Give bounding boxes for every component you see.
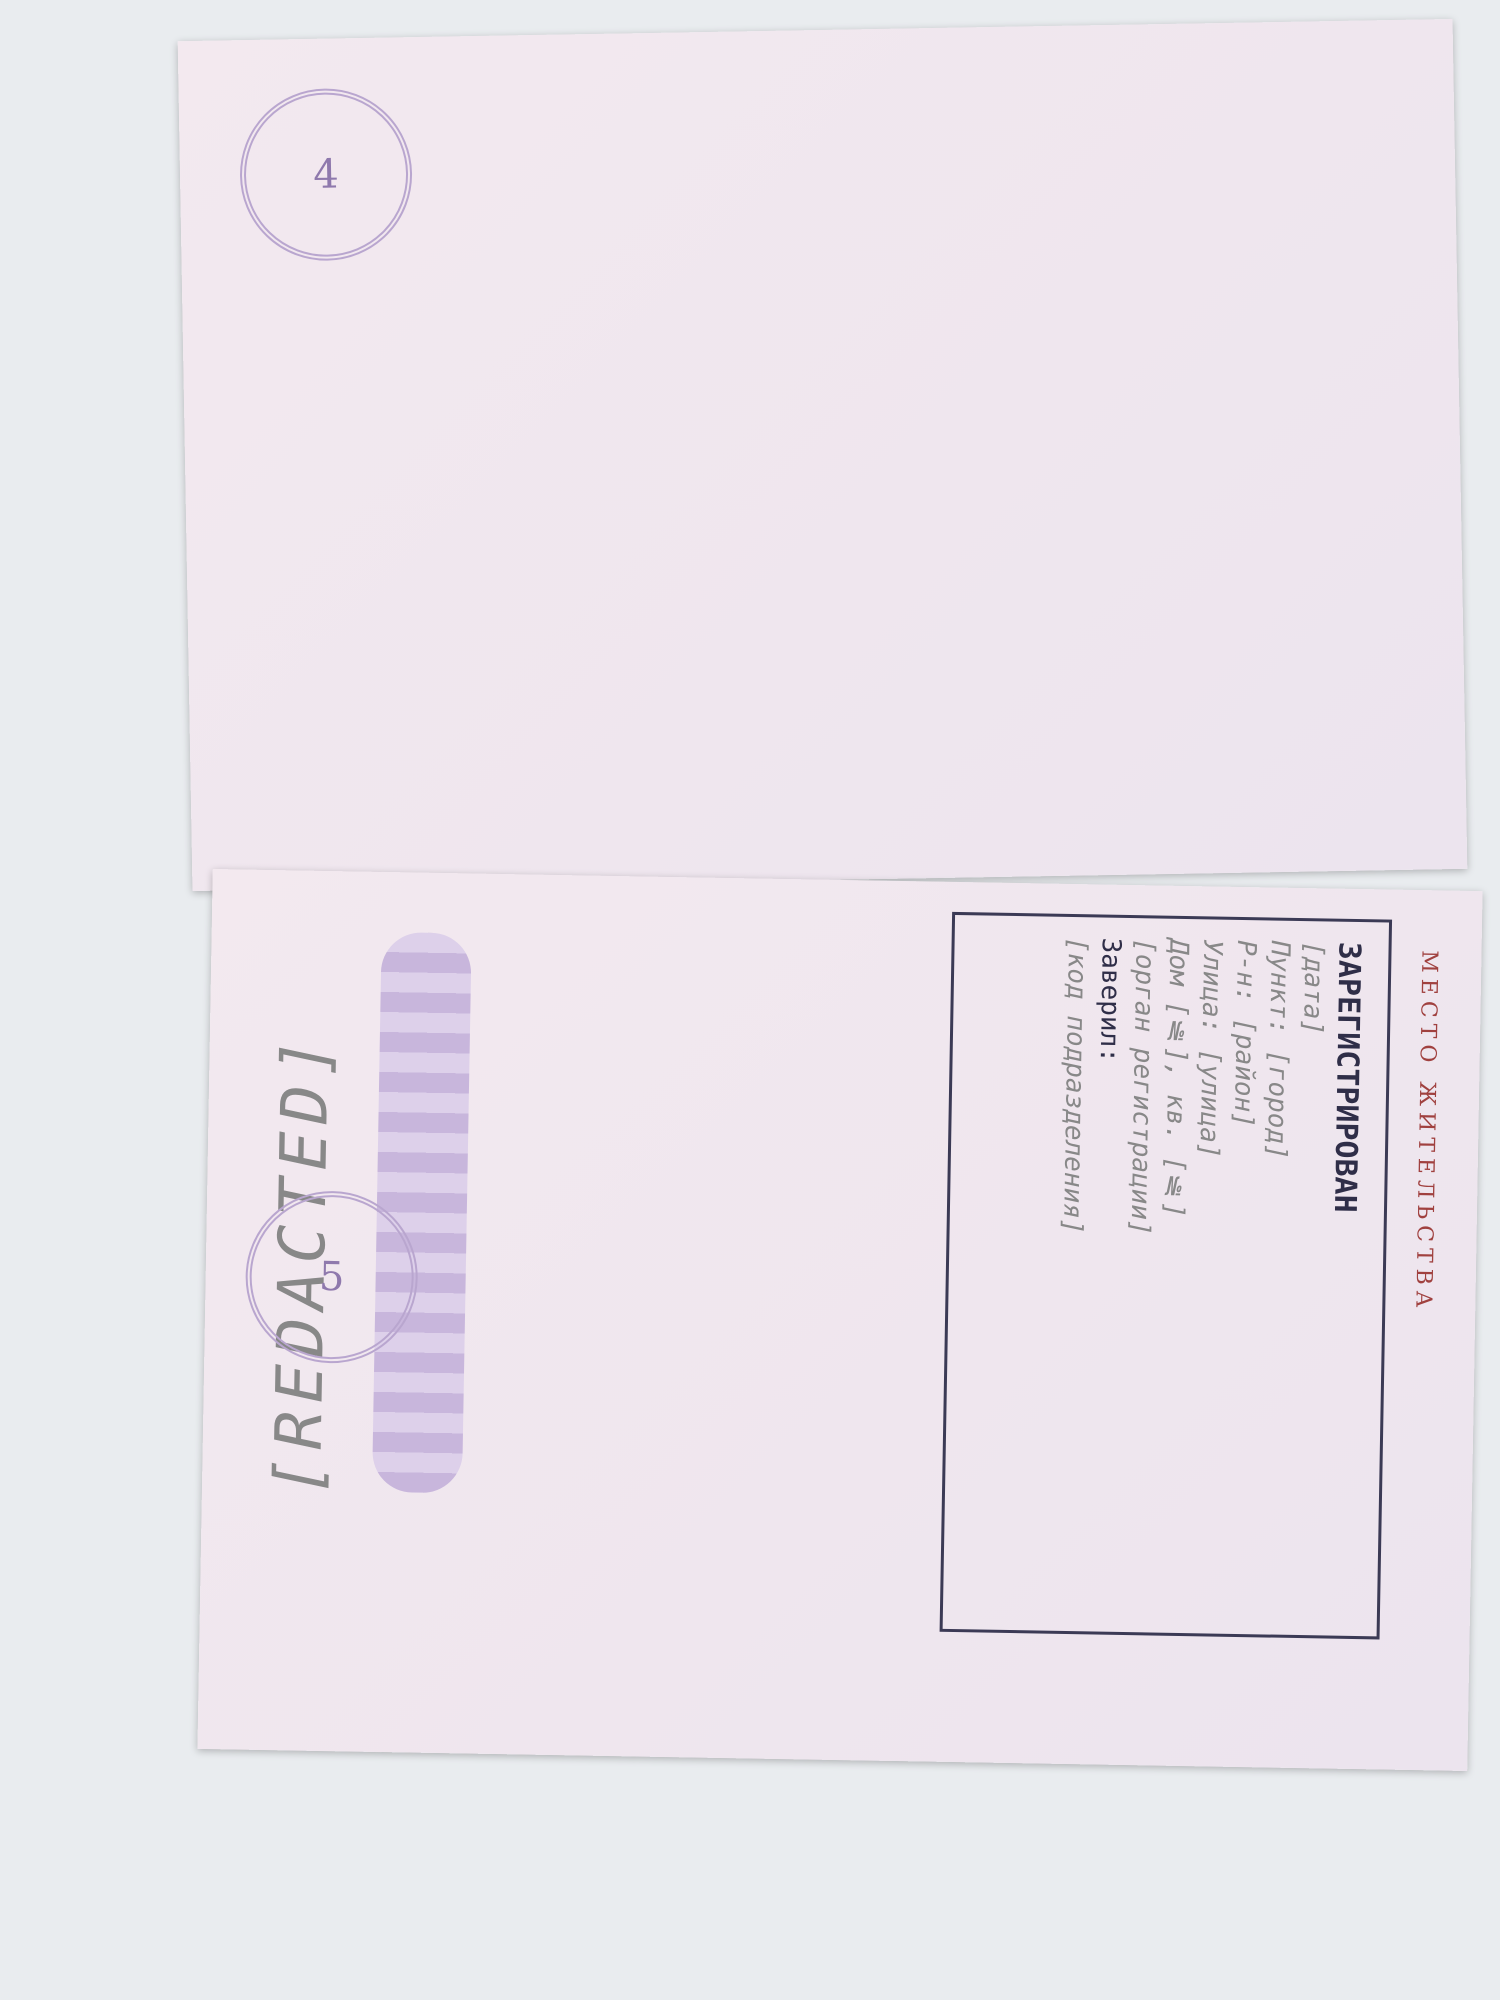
section-header: МЕСТО ЖИТЕЛЬСТВА [1410, 950, 1441, 1314]
page-number-ornament: 4 [239, 87, 414, 262]
passport-page-top: 4 [178, 19, 1468, 891]
page-number: 4 [313, 151, 339, 197]
page-number: 5 [319, 1254, 345, 1300]
passport-page-bottom: [REDACTED] 5 МЕСТО ЖИТЕЛЬСТВА ЗАРЕГИСТРИ… [197, 869, 1482, 1771]
registration-stamp: ЗАРЕГИСТРИРОВАН [дата] Пункт: [город] Р-… [940, 912, 1392, 1640]
